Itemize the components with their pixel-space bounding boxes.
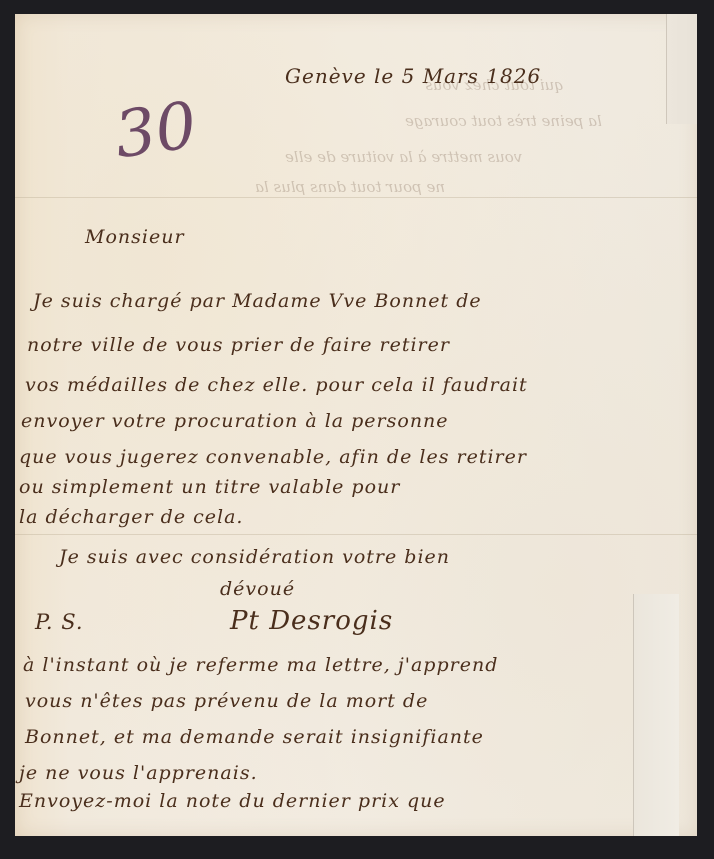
body-line: la décharger de cela.: [19, 506, 243, 528]
folded-edge-bottom: [633, 594, 679, 836]
place-date: Genève le 5 Mars 1826: [285, 64, 541, 88]
fold-line: [15, 534, 697, 535]
bleed-through-text: la peine très tout courage: [405, 112, 602, 130]
signature: Pt Desrogis: [230, 606, 393, 636]
closing-line: Je suis avec considération votre bien: [59, 546, 450, 568]
body-line: que vous jugerez convenable, afin de les…: [19, 446, 527, 468]
bleed-through-text: vous mettre à la voiture de elle: [285, 148, 522, 166]
body-line: envoyer votre procuration à la personne: [21, 410, 449, 432]
postscript-line: Envoyez-moi la note du dernier prix que: [19, 790, 446, 812]
fold-line: [15, 197, 697, 198]
folded-edge-top: [666, 14, 697, 124]
letter-paper: qui tout chez vous la peine très tout co…: [15, 14, 697, 836]
salutation: Monsieur: [85, 226, 185, 248]
body-line: vos médailles de chez elle. pour cela il…: [25, 374, 528, 396]
body-line: notre ville de vous prier de faire retir…: [27, 334, 450, 356]
ps-label: P. S.: [35, 610, 84, 634]
body-line: Je suis chargé par Madame Vve Bonnet de: [33, 290, 482, 312]
postscript-line: Bonnet, et ma demande serait insignifian…: [25, 726, 484, 748]
bleed-through-text: ne pour tout dans plus la: [255, 178, 445, 196]
body-line: ou simplement un titre valable pour: [19, 476, 400, 498]
docket-number: 30: [110, 89, 201, 174]
closing-line: dévoué: [220, 578, 295, 600]
postscript-line: à l'instant où je referme ma lettre, j'a…: [23, 654, 498, 676]
postscript-line: je ne vous l'apprenais.: [19, 762, 258, 784]
postscript-line: vous n'êtes pas prévenu de la mort de: [25, 690, 428, 712]
